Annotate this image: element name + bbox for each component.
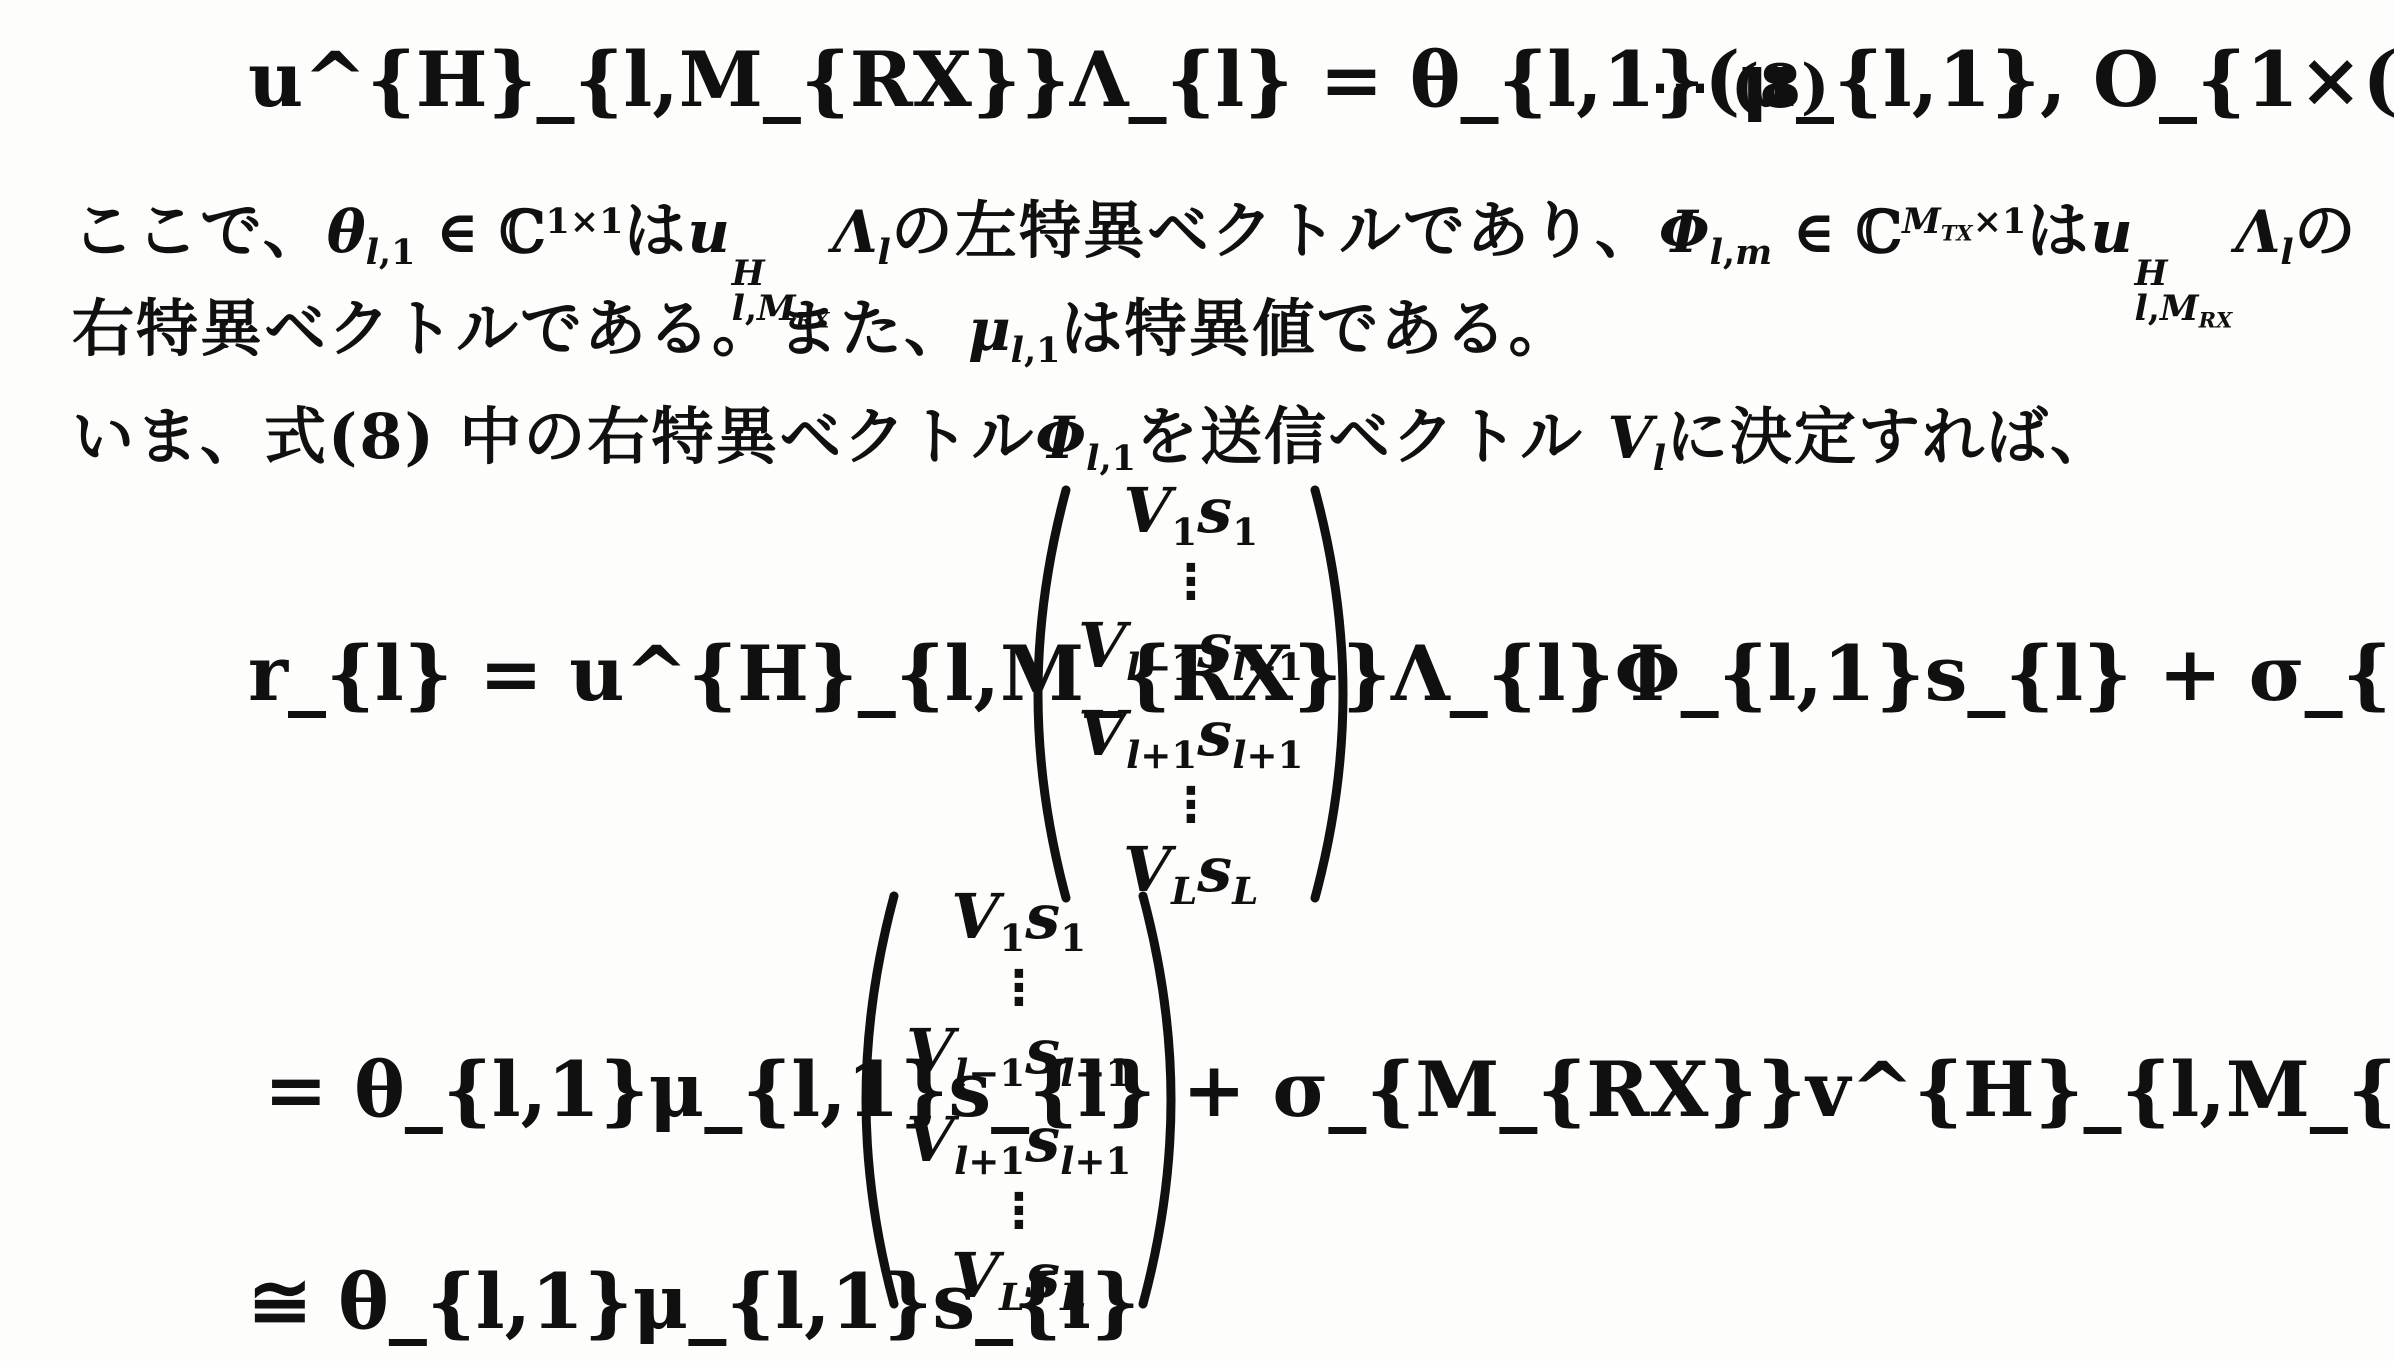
left-paren-icon	[856, 888, 902, 1312]
vector-ellipsis: ⋮	[995, 968, 1043, 1009]
derivation-line-3: ≅ θ_{l,1}μ_{l,1}s_{l}	[248, 1256, 1140, 1347]
vector-ellipsis: ⋮	[1167, 785, 1215, 826]
vector-rows-1: V1s1⋮Vl−1sl−1Vl+1sl+1⋮VLsL	[1074, 474, 1307, 913]
left-paren-icon	[1028, 482, 1074, 906]
vector-ellipsis: ⋮	[1167, 562, 1215, 603]
document-page: u^{H}_{l,M_{RX}}Λ_{l} = θ_{l,1}(μ_{l,1},…	[0, 0, 2394, 1361]
right-paren-icon	[1307, 482, 1353, 906]
equation-8-number: ⋯ (8)	[1650, 52, 1829, 122]
vector-row: Vl−1sl−1	[906, 1015, 1131, 1096]
vector-rows-2: V1s1⋮Vl−1sl−1Vl+1sl+1⋮VLsL	[902, 880, 1135, 1319]
vector-ellipsis: ⋮	[995, 1191, 1043, 1232]
paragraph-line-3: いま、式(8) 中の右特異ベクトルΦl,1を送信ベクトル Vlに決定すれば、	[72, 398, 2114, 480]
signal-column-vector-2: V1s1⋮Vl−1sl−1Vl+1sl+1⋮VLsL	[856, 880, 1181, 1319]
right-paren-icon	[1135, 888, 1181, 1312]
paragraph-line-2: 右特異ベクトルである。また、μl,1は特異値である。	[72, 290, 1572, 372]
vector-row: Vl+1sl+1	[1078, 697, 1303, 778]
vector-row: V1s1	[951, 880, 1086, 961]
vector-row: V1s1	[1123, 474, 1258, 555]
vector-row: Vl+1sl+1	[906, 1103, 1131, 1184]
vector-row: Vl−1sl−1	[1078, 609, 1303, 690]
equation-8-formula: u^{H}_{l,M_{RX}}Λ_{l} = θ_{l,1}(μ_{l,1},…	[248, 34, 2394, 125]
signal-column-vector-1: V1s1⋮Vl−1sl−1Vl+1sl+1⋮VLsL	[1028, 474, 1353, 913]
derivation-line-2: = θ_{l,1}μ_{l,1}s_{l} + σ_{M_{RX}}v^{H}_…	[264, 1044, 2394, 1135]
